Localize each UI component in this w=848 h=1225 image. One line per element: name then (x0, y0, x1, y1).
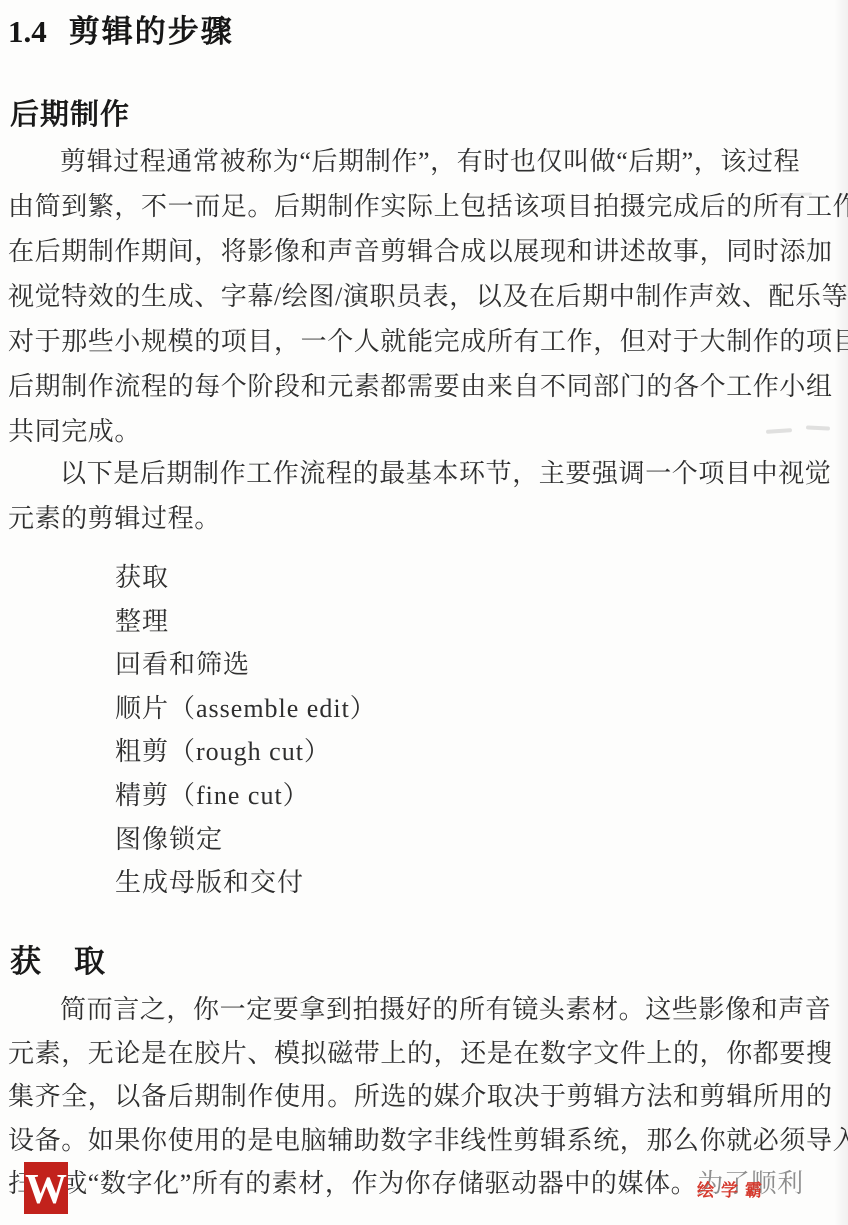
workflow-step: 图像锁定 (115, 818, 377, 862)
workflow-step-list: 获取 整理 回看和筛选 顺片（assemble edit） 粗剪（rough c… (115, 556, 377, 905)
text-line: 对于那些小规模的项目，一个人就能完成所有工作，但对于大制作的项目， (8, 319, 840, 364)
text-line: 集齐全，以备后期制作使用。所选的媒介取决于剪辑方法和剪辑所用的 (8, 1075, 840, 1119)
watermark-brand-text: 绘学霸 (697, 1176, 769, 1201)
text-line: 设备。如果你使用的是电脑辅助数字非线性剪辑系统，那么你就必须导入、 (8, 1119, 840, 1163)
paragraph-post-production-2: 以下是后期制作工作流程的最基本环节，主要强调一个项目中视觉 元素的剪辑过程。 (8, 451, 840, 541)
text-line: 剪辑过程通常被称为“后期制作”，有时也仅叫做“后期”，该过程 (8, 139, 840, 184)
text-line: 后期制作流程的每个阶段和元素都需要由来自不同部门的各个工作小组 (8, 364, 840, 409)
text-segment: 扫描或“数字化”所有的素材，作为你存储驱动器中的媒体。 (8, 1169, 697, 1198)
heading-acquisition: 获 取 (10, 936, 106, 981)
workflow-step: 整理 (115, 600, 377, 644)
section-number: 1.4 (8, 14, 47, 49)
text-line: 以下是后期制作工作流程的最基本环节，主要强调一个项目中视觉 (8, 451, 840, 496)
text-line: 视觉特效的生成、字幕/绘图/演职员表，以及在后期中制作声效、配乐等。 (8, 274, 840, 319)
paragraph-acquisition-1: 简而言之，你一定要拿到拍摄好的所有镜头素材。这些影像和声音 元素，无论是在胶片、… (8, 988, 840, 1206)
text-line: 元素，无论是在胶片、模拟磁带上的，还是在数字文件上的，你都要搜 (8, 1032, 840, 1076)
text-line: 在后期制作期间，将影像和声音剪辑合成以展现和讲述故事，同时添加 (8, 229, 840, 274)
watermark-logo-letter: W (25, 1167, 67, 1213)
text-line: 简而言之，你一定要拿到拍摄好的所有镜头素材。这些影像和声音 (8, 988, 840, 1032)
book-page: 1.4剪辑的步骤 后期制作 剪辑过程通常被称为“后期制作”，有时也仅叫做“后期”… (0, 0, 848, 1225)
text-line: 元素的剪辑过程。 (8, 496, 840, 541)
workflow-step: 获取 (115, 556, 377, 600)
section-title: 剪辑的步骤 (69, 14, 234, 49)
workflow-step: 精剪（fine cut） (115, 774, 377, 818)
watermark-logo-icon: W (24, 1162, 68, 1214)
paragraph-post-production-1: 剪辑过程通常被称为“后期制作”，有时也仅叫做“后期”，该过程 由简到繁，不一而足… (8, 139, 840, 454)
workflow-step: 粗剪（rough cut） (115, 730, 377, 774)
workflow-step: 生成母版和交付 (115, 861, 377, 905)
workflow-step: 回看和筛选 (115, 643, 377, 687)
text-line: 共同完成。 (8, 409, 840, 454)
text-line: 由简到繁，不一而足。后期制作实际上包括该项目拍摄完成后的所有工作。 (8, 184, 840, 229)
heading-post-production: 后期制作 (10, 92, 130, 133)
section-heading: 1.4剪辑的步骤 (8, 6, 234, 51)
workflow-step: 顺片（assemble edit） (115, 687, 377, 731)
